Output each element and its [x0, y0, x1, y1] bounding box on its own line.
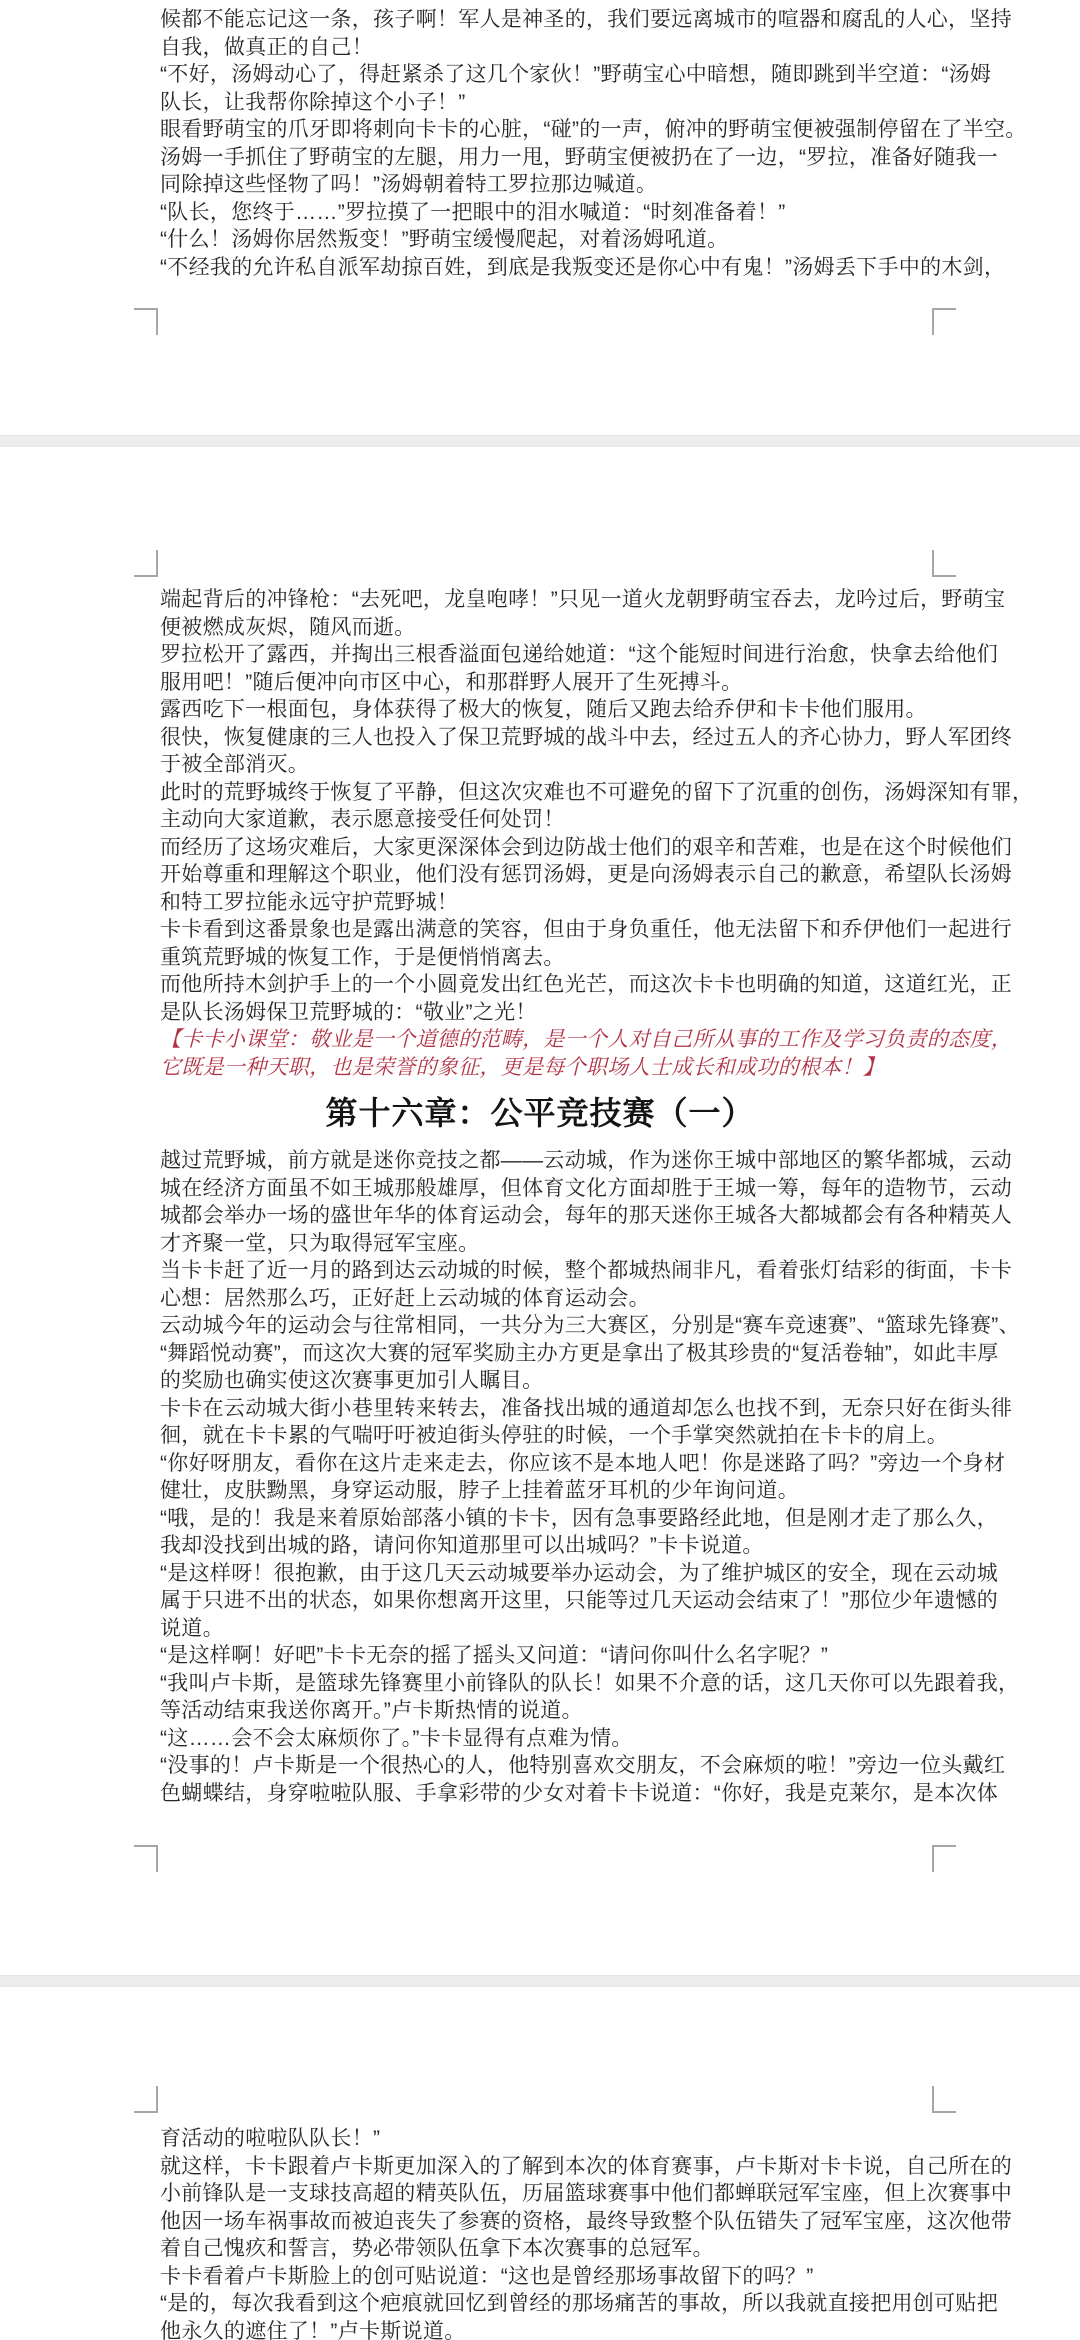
page-2-bottom-right-margin-mark [932, 1845, 956, 1872]
text-line: 才齐聚一堂，只为取得冠军宝座。 [160, 1230, 940, 1258]
text-line: “不经我的允许私自派军劫掠百姓，到底是我叛变还是你心中有鬼！”汤姆丢下手中的木剑… [160, 254, 940, 282]
text-line: 眼看野萌宝的爪牙即将刺向卡卡的心脏，“碰”的一声，俯冲的野萌宝便被强制停留在了半… [160, 116, 940, 144]
page-3-text-block: 育活动的啦啦队队长！”就这样，卡卡跟着卢卡斯更加深入的了解到本次的体育赛事，卢卡… [160, 2125, 940, 2340]
text-line: 卡卡看着卢卡斯脸上的创可贴说道：“这也是曾经那场事故留下的吗？” [160, 2263, 940, 2291]
text-line: 自我，做真正的自己！ [160, 34, 940, 62]
page-1-text-block: 候都不能忘记这一条，孩子啊！军人是神圣的，我们要远离城市的喧器和腐乱的人心，坚持… [160, 6, 940, 281]
text-line: 他永久的遮住了！”卢卡斯说道。 [160, 2318, 940, 2340]
text-line: 很快，恢复健康的三人也投入了保卫荒野城的战斗中去，经过五人的齐心协力，野人军团终 [160, 724, 940, 752]
text-line: 我却没找到出城的路，请问你知道那里可以出城吗？”卡卡说道。 [160, 1532, 940, 1560]
page-3-top-left-margin-mark [134, 2086, 158, 2113]
text-line: 等活动结束我送你离开。”卢卡斯热情的说道。 [160, 1697, 940, 1725]
text-line: 他因一场车祸事故而被迫丧失了参赛的资格，最终导致整个队伍错失了冠军宝座，这次他带 [160, 2208, 940, 2236]
text-line: 云动城今年的运动会与往常相同，一共分为三大赛区，分别是“赛车竞速赛”、“篮球先锋… [160, 1312, 940, 1340]
text-line: 卡卡在云动城大街小巷里转来转去，准备找出城的通道却怎么也找不到，无奈只好在街头徘 [160, 1395, 940, 1423]
text-line: “我叫卢卡斯，是篮球先锋赛里小前锋队的队长！如果不介意的话，这几天你可以先跟着我… [160, 1670, 940, 1698]
page-2-text-block-new-chapter: 越过荒野城，前方就是迷你竞技之都——云动城，作为迷你王城中部地区的繁华都城，云动… [160, 1147, 940, 1807]
text-line: 城在经济方面虽不如王城那般雄厚，但体育文化方面却胜于王城一筹，每年的造物节，云动 [160, 1175, 940, 1203]
text-line: “舞蹈悦动赛”，而这次大赛的冠军奖励主办方更是拿出了极其珍贵的“复活卷轴”，如此… [160, 1340, 940, 1368]
page-2-text-block-chapter-end: 端起背后的冲锋枪：“去死吧，龙皇咆哮！”只见一道火龙朝野萌宝吞去，龙吟过后，野萌… [160, 586, 940, 1026]
page-2-top-right-margin-mark [932, 550, 956, 577]
page-gap-band [0, 435, 1080, 447]
text-line: 同除掉这些怪物了吗！”汤姆朝着特工罗拉那边喊道。 [160, 171, 940, 199]
text-line: “是的，每次我看到这个疤痕就回忆到曾经的那场痛苦的事故，所以我就直接把用创可贴把 [160, 2290, 940, 2318]
text-line: 卡卡看到这番景象也是露出满意的笑容，但由于身负重任，他无法留下和乔伊他们一起进行 [160, 916, 940, 944]
text-line: 越过荒野城，前方就是迷你竞技之都——云动城，作为迷你王城中部地区的繁华都城，云动 [160, 1147, 940, 1175]
text-line: 端起背后的冲锋枪：“去死吧，龙皇咆哮！”只见一道火龙朝野萌宝吞去，龙吟过后，野萌… [160, 586, 940, 614]
text-line: 罗拉松开了露西，并掏出三根香溢面包递给她道：“这个能短时间进行治愈，快拿去给他们 [160, 641, 940, 669]
text-line: 当卡卡赶了近一月的路到达云动城的时候，整个都城热闹非凡，看着张灯结彩的街面，卡卡 [160, 1257, 940, 1285]
text-line: 城都会举办一场的盛世年华的体育运动会，每年的那天迷你王城各大都城都会有各种精英人 [160, 1202, 940, 1230]
text-line: 开始尊重和理解这个职业，他们没有惩罚汤姆，更是向汤姆表示自己的歉意，希望队长汤姆 [160, 861, 940, 889]
text-line: 徊，就在卡卡累的气喘吁吁被迫街头停驻的时候，一个手掌突然就拍在卡卡的肩上。 [160, 1422, 940, 1450]
text-line: 【卡卡小课堂：敬业是一个道德的范畴，是一个人对自己所从事的工作及学习负责的态度， [160, 1026, 940, 1054]
kaka-classroom-note: 【卡卡小课堂：敬业是一个道德的范畴，是一个人对自己所从事的工作及学习负责的态度，… [160, 1026, 940, 1081]
text-line: “队长，您终于……”罗拉摸了一把眼中的泪水喊道：“时刻准备着！” [160, 199, 940, 227]
text-line: 服用吧！”随后便冲向市区中心，和那群野人展开了生死搏斗。 [160, 669, 940, 697]
text-line: 而经历了这场灾难后，大家更深深体会到边防战士他们的艰辛和苦难，也是在这个时候他们 [160, 834, 940, 862]
page-1-bottom-left-margin-mark [134, 308, 158, 335]
text-line: “你好呀朋友，看你在这片走来走去，你应该不是本地人吧！你是迷路了吗？”旁边一个身… [160, 1450, 940, 1478]
page-2-top-left-margin-mark [134, 550, 158, 577]
text-line: 说道。 [160, 1615, 940, 1643]
text-line: 汤姆一手抓住了野萌宝的左腿，用力一甩，野萌宝便被扔在了一边，“罗拉，准备好随我一 [160, 144, 940, 172]
text-line: 着自己愧疚和誓言，势必带领队伍拿下本次赛事的总冠军。 [160, 2235, 940, 2263]
text-line: 色蝴蝶结，身穿啦啦队服、手拿彩带的少女对着卡卡说道：“你好，我是克莱尔，是本次体 [160, 1780, 940, 1808]
text-line: “没事的！卢卡斯是一个很热心的人，他特别喜欢交朋友，不会麻烦的啦！”旁边一位头戴… [160, 1752, 940, 1780]
text-line: 露西吃下一根面包，身体获得了极大的恢复，随后又跑去给乔伊和卡卡他们服用。 [160, 696, 940, 724]
page-1-bottom-right-margin-mark [932, 308, 956, 335]
text-line: 候都不能忘记这一条，孩子啊！军人是神圣的，我们要远离城市的喧器和腐乱的人心，坚持 [160, 6, 940, 34]
text-line: 属于只进不出的状态，如果你想离开这里，只能等过几天运动会结束了！”那位少年遗憾的 [160, 1587, 940, 1615]
page-gap-band [0, 1975, 1080, 1987]
text-line: 育活动的啦啦队队长！” [160, 2125, 940, 2153]
text-line: 便被燃成灰烬，随风而逝。 [160, 614, 940, 642]
page-3-top-right-margin-mark [932, 2086, 956, 2113]
text-line: “这……会不会太麻烦你了。”卡卡显得有点难为情。 [160, 1725, 940, 1753]
text-line: 小前锋队是一支球技高超的精英队伍，历届篮球赛事中他们都蝉联冠军宝座，但上次赛事中 [160, 2180, 940, 2208]
chapter-title: 第十六章：公平竞技赛（一） [0, 1087, 1080, 1139]
text-line: 重筑荒野城的恢复工作，于是便悄悄离去。 [160, 944, 940, 972]
text-line: 于被全部消灭。 [160, 751, 940, 779]
page-2-bottom-left-margin-mark [134, 1845, 158, 1872]
document-viewer[interactable]: 候都不能忘记这一条，孩子啊！军人是神圣的，我们要远离城市的喧器和腐乱的人心，坚持… [0, 0, 1080, 2340]
text-line: 就这样，卡卡跟着卢卡斯更加深入的了解到本次的体育赛事，卢卡斯对卡卡说，自己所在的 [160, 2153, 940, 2181]
text-line: 此时的荒野城终于恢复了平静，但这次灾难也不可避免的留下了沉重的创伤，汤姆深知有罪… [160, 779, 940, 807]
text-line: 和特工罗拉能永远守护荒野城！ [160, 889, 940, 917]
text-line: “是这样呀！很抱歉，由于这几天云动城要举办运动会，为了维护城区的安全，现在云动城 [160, 1560, 940, 1588]
text-line: 健壮，皮肤黝黑，身穿运动服，脖子上挂着蓝牙耳机的少年询问道。 [160, 1477, 940, 1505]
text-line: “是这样啊！好吧”卡卡无奈的摇了摇头又问道：“请问你叫什么名字呢？” [160, 1642, 940, 1670]
text-line: 而他所持木剑护手上的一个小圆竟发出红色光芒，而这次卡卡也明确的知道，这道红光，正 [160, 971, 940, 999]
text-line: 主动向大家道歉，表示愿意接受任何处罚！ [160, 806, 940, 834]
text-line: 队长，让我帮你除掉这个小子！” [160, 89, 940, 117]
text-line: 心想：居然那么巧，正好赶上云动城的体育运动会。 [160, 1285, 940, 1313]
text-line: 是队长汤姆保卫荒野城的：“敬业”之光！ [160, 999, 940, 1027]
text-line: 它既是一种天职，也是荣誉的象征，更是每个职场人士成长和成功的根本！】 [160, 1054, 940, 1082]
text-line: “哦，是的！我是来着原始部落小镇的卡卡，因有急事要路经此地，但是刚才走了那么久， [160, 1505, 940, 1533]
text-line: “不好，汤姆动心了，得赶紧杀了这几个家伙！”野萌宝心中暗想，随即跳到半空道：“汤… [160, 61, 940, 89]
text-line: “什么！汤姆你居然叛变！”野萌宝缓慢爬起，对着汤姆吼道。 [160, 226, 940, 254]
text-line: 的奖励也确实使这次赛事更加引人瞩目。 [160, 1367, 940, 1395]
